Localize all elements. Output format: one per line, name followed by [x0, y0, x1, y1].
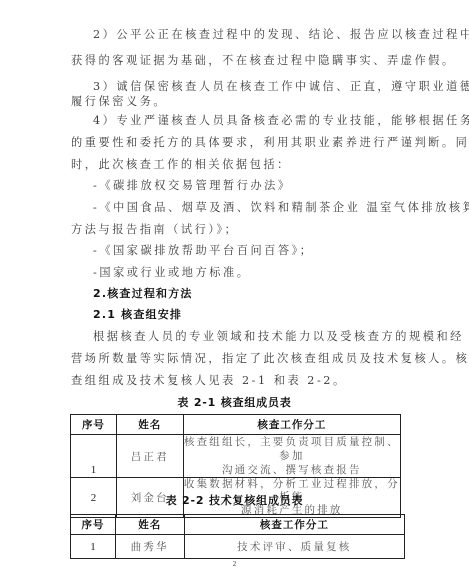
paragraph-professionalism-line3: 时，此次核查工作的相关依据包括：	[71, 158, 401, 172]
basis-item-1: -《碳排放权交易管理暂行办法》	[93, 179, 401, 193]
paragraph-impartiality-line2: 获得的客观证据为基础，不在核查过程中隐瞒事实、弄虚作假。	[71, 54, 401, 68]
paragraph-professionalism-line2: 的重要性和委托方的具体要求，利用其职业素养进行严谨判断。同	[71, 136, 401, 150]
header-seq: 序号	[71, 515, 116, 535]
header-duty: 核查工作分工	[183, 415, 400, 435]
row-duty: 核查组组长，主要负责项目质量控制、参加 沟通交流、撰写核查报告	[183, 435, 400, 478]
table-2-2-caption: 表 2-2 技术复核组成员表	[0, 492, 469, 508]
row-seq: 1	[71, 435, 117, 478]
row-name: 吕正君	[116, 435, 183, 478]
page-number: 2	[0, 560, 469, 568]
row-name: 曲秀华	[115, 535, 184, 559]
table-row: 1 吕正君 核查组组长，主要负责项目质量控制、参加 沟通交流、撰写核查报告	[71, 435, 401, 478]
table-header-row: 序号 姓名 核查工作分工	[71, 415, 401, 435]
row-duty-line2: 沟通交流、撰写核查报告	[184, 463, 400, 477]
technical-review-table: 序号 姓名 核查工作分工 1 曲秀华 技术评审、质量复核	[70, 514, 405, 559]
basis-item-4: -国家或行业或地方标准。	[93, 266, 401, 280]
paragraph-impartiality-line1: 2）公平公正在核查过程中的发现、结论、报告应以核查过程中	[93, 28, 401, 42]
header-duty: 核查工作分工	[184, 515, 404, 535]
paragraph-professionalism-line1: 4）专业严谨核查人员具备核查必需的专业技能，能够根据任务	[93, 114, 401, 128]
header-name: 姓名	[116, 415, 183, 435]
section-heading-2: 2.核查过程和方法	[93, 287, 401, 301]
table-2-1-caption: 表 2-1 核查组成员表	[0, 394, 469, 410]
section-heading-2-1: 2.1 核查组安排	[93, 308, 401, 322]
basis-item-3: -《国家碳排放帮助平台百问百答》；	[93, 244, 401, 258]
header-name: 姓名	[115, 515, 184, 535]
team-arrangement-line1: 根据核查人员的专业领域和技术能力以及受核查方的规模和经	[93, 330, 401, 344]
row-duty: 技术评审、质量复核	[184, 535, 404, 559]
header-seq: 序号	[71, 415, 117, 435]
team-arrangement-line3: 查组组成及技术复核人见表 2-1 和表 2-2。	[71, 374, 401, 388]
table-row: 1 曲秀华 技术评审、质量复核	[71, 535, 405, 559]
basis-item-2-line1: -《中国食品、烟草及酒、饮料和精制茶企业 温室气体排放核算	[93, 201, 401, 215]
paragraph-integrity-line1: 3）诚信保密核查人员在核查工作中诚信、正直，遵守职业道德，	[93, 80, 401, 94]
row-seq: 1	[71, 535, 116, 559]
team-arrangement-line2: 营场所数量等实际情况，指定了此次核查组成员及技术复核人。核	[71, 352, 401, 366]
table-header-row: 序号 姓名 核查工作分工	[71, 515, 405, 535]
row-duty-line1: 核查组组长，主要负责项目质量控制、参加	[184, 435, 400, 463]
basis-item-2-line2: 方法与报告指南（试行）》；	[71, 223, 401, 237]
paragraph-integrity-line2: 履行保密义务。	[71, 95, 401, 109]
